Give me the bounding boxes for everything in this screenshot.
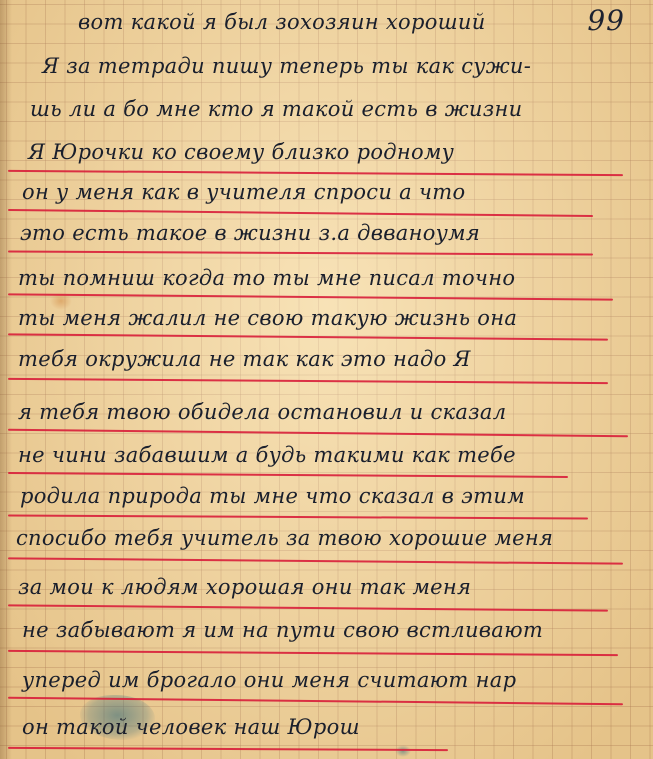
red-underline (8, 514, 588, 519)
handwritten-line: я тебя твою обидела остановил и сказал (18, 400, 506, 424)
handwritten-line: Я за тетради пишу теперь ты как сужи- (42, 54, 531, 78)
handwritten-line: это есть такое в жизни з.а двваноумя (20, 221, 480, 245)
red-underline (8, 747, 448, 751)
handwritten-line: он такой человек наш Юрош (22, 715, 360, 739)
handwritten-line: ты помниш когда то ты мне писал точно (18, 266, 515, 290)
handwritten-line: уперед им брогало они меня считают нар (22, 668, 516, 692)
red-underline (8, 429, 628, 437)
red-underline (8, 209, 593, 217)
handwritten-line: спосибо тебя учитель за твою хорошие мен… (16, 526, 553, 550)
handwritten-line: тебя окружила не так как это надо Я (18, 347, 471, 371)
red-underline (8, 333, 608, 340)
handwritten-line: ты меня жалил не свою такую жизнь она (18, 306, 517, 330)
red-underline (8, 250, 593, 255)
handwritten-line: он у меня как в учителя спроси а что (22, 180, 465, 204)
red-underline (8, 557, 623, 564)
handwritten-line: не чини забавшим а будь такими как тебе (18, 443, 516, 467)
handwritten-line: за мои к людям хорошая они так меня (18, 575, 471, 599)
ink-spot (395, 745, 411, 757)
red-underline (8, 650, 618, 656)
red-underline (8, 170, 623, 176)
red-underline (8, 378, 608, 384)
red-underline (8, 293, 613, 300)
handwritten-line: шь ли а бо мне кто я такой есть в жизни (30, 97, 522, 121)
red-underline (8, 604, 608, 611)
handwritten-line: вот какой я был зохозяин хороший (78, 10, 486, 34)
red-underline (8, 472, 568, 478)
handwritten-line: не забывают я им на пути свою встливают (22, 618, 543, 642)
handwritten-line: родила природа ты мне что сказал в этим (20, 484, 525, 508)
notebook-page: 99 вот какой я был зохозяин хороший Я за… (0, 0, 653, 759)
page-number: 99 (587, 4, 625, 37)
handwritten-line: Я Юрочки ко своему близко родному (28, 140, 454, 164)
